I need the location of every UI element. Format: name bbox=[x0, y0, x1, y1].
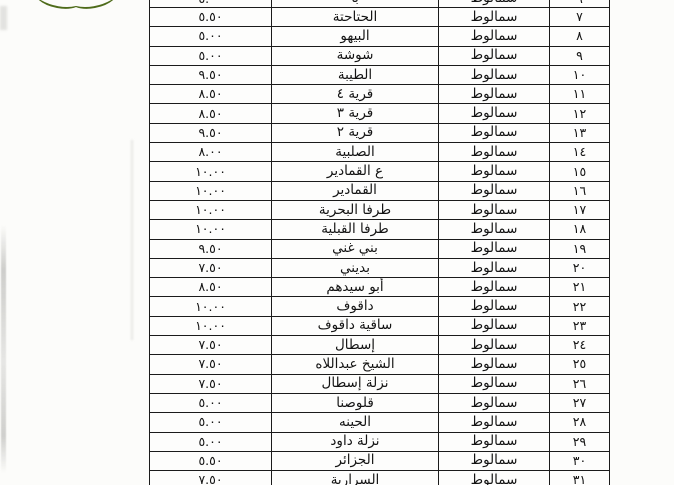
cell-value: ٨.٥٠ bbox=[150, 104, 271, 122]
table-row: ١٤سمالوطالصلبية٨.٠٠ bbox=[150, 143, 609, 162]
cell-name: قرية ٢ bbox=[271, 124, 438, 142]
cell-district: سمالوط bbox=[438, 8, 549, 26]
cell-name: إسطال bbox=[271, 336, 438, 354]
cell-serial: ١٠ bbox=[549, 66, 609, 84]
cell-district: سمالوط bbox=[438, 336, 549, 354]
cell-name: بني غني bbox=[271, 240, 438, 258]
cell-name: طرفا البحرية bbox=[271, 201, 438, 219]
cell-value: ٥.٠٠ bbox=[150, 27, 271, 45]
cell-name: البيهو bbox=[271, 27, 438, 45]
cell-serial: ٩ bbox=[549, 47, 609, 65]
cell-name: ساقية داقوف bbox=[271, 317, 438, 335]
cell-serial: ٢٦ bbox=[549, 375, 609, 393]
cell-district: سمالوط bbox=[438, 452, 549, 470]
cell-value: ١٠.٠٠ bbox=[150, 182, 271, 200]
table-row: ٢٢سمالوطداقوف١٠.٠٠ bbox=[150, 297, 609, 316]
cell-serial: ٣١ bbox=[549, 471, 609, 485]
table-row: ٢٤سمالوطإسطال٧.٥٠ bbox=[150, 336, 609, 355]
cell-value: ١٠.٠٠ bbox=[150, 220, 271, 238]
cell-district: سمالوط bbox=[438, 355, 549, 373]
table-row: ١٦سمالوطالقمادير١٠.٠٠ bbox=[150, 182, 609, 201]
cell-name: با bbox=[271, 0, 438, 7]
table-body: ٦سمالوطبا٥.٠٠٧سمالوطالحتاحتة٥.٥٠٨سمالوطا… bbox=[150, 0, 609, 485]
table-row: ١٣سمالوطقرية ٢٩.٥٠ bbox=[150, 124, 609, 143]
cell-value: ٨.٥٠ bbox=[150, 278, 271, 296]
cell-value: ٥.٠٠ bbox=[150, 413, 271, 431]
cell-serial: ٢٩ bbox=[549, 433, 609, 451]
cell-district: سمالوط bbox=[438, 182, 549, 200]
cell-serial: ١٣ bbox=[549, 124, 609, 142]
table-row: ١٥سمالوطع القمادير١٠.٠٠ bbox=[150, 162, 609, 181]
table-row: ٧سمالوطالحتاحتة٥.٥٠ bbox=[150, 8, 609, 27]
cell-name: شوشة bbox=[271, 47, 438, 65]
cell-value: ٥.٠٠ bbox=[150, 0, 271, 7]
cell-serial: ٦ bbox=[549, 0, 609, 7]
cell-name: الحتاحتة bbox=[271, 8, 438, 26]
cell-value: ٨.٥٠ bbox=[150, 85, 271, 103]
cell-district: سمالوط bbox=[438, 201, 549, 219]
scanned-document-page: ٦سمالوطبا٥.٠٠٧سمالوطالحتاحتة٥.٥٠٨سمالوطا… bbox=[0, 0, 674, 485]
table-row: ١٩سمالوطبني غني٩.٥٠ bbox=[150, 240, 609, 259]
cell-district: سمالوط bbox=[438, 162, 549, 180]
table-row: ١١سمالوطقرية ٤٨.٥٠ bbox=[150, 85, 609, 104]
cell-district: سمالوط bbox=[438, 66, 549, 84]
cell-serial: ١٩ bbox=[549, 240, 609, 258]
cell-name: طرفا القبلية bbox=[271, 220, 438, 238]
table-row: ١٢سمالوطقرية ٣٨.٥٠ bbox=[150, 104, 609, 123]
cell-value: ١٠.٠٠ bbox=[150, 297, 271, 315]
cell-value: ٥.٠٠ bbox=[150, 433, 271, 451]
cell-name: الشيخ عبداللاه bbox=[271, 355, 438, 373]
cell-value: ٩.٥٠ bbox=[150, 66, 271, 84]
table-row: ٢٨سمالوطالحينه٥.٠٠ bbox=[150, 413, 609, 432]
table-row: ٩سمالوطشوشة٥.٠٠ bbox=[150, 47, 609, 66]
cell-serial: ٢٥ bbox=[549, 355, 609, 373]
cell-district: سمالوط bbox=[438, 104, 549, 122]
table-row: ١٨سمالوططرفا القبلية١٠.٠٠ bbox=[150, 220, 609, 239]
cell-value: ٧.٥٠ bbox=[150, 471, 271, 485]
cell-district: سمالوط bbox=[438, 317, 549, 335]
villages-fee-table: ٦سمالوطبا٥.٠٠٧سمالوطالحتاحتة٥.٥٠٨سمالوطا… bbox=[149, 0, 610, 485]
cell-value: ٧.٥٠ bbox=[150, 355, 271, 373]
cell-district: سمالوط bbox=[438, 85, 549, 103]
scan-artifact bbox=[1, 225, 6, 473]
cell-value: ١٠.٠٠ bbox=[150, 162, 271, 180]
cell-value: ٩.٥٠ bbox=[150, 240, 271, 258]
cell-district: سمالوط bbox=[438, 471, 549, 485]
cell-value: ٥.٥٠ bbox=[150, 8, 271, 26]
cell-name: السرارية bbox=[271, 471, 438, 485]
scan-artifact bbox=[0, 6, 7, 30]
cell-serial: ٢٤ bbox=[549, 336, 609, 354]
cell-serial: ٢٠ bbox=[549, 259, 609, 277]
cell-district: سمالوط bbox=[438, 433, 549, 451]
cell-name: الحينه bbox=[271, 413, 438, 431]
cell-name: داقوف bbox=[271, 297, 438, 315]
cell-name: الطيبة bbox=[271, 66, 438, 84]
table-row: ٢٧سمالوطقلوصنا٥.٠٠ bbox=[150, 394, 609, 413]
table-row: ٣١سمالوطالسرارية٧.٥٠ bbox=[150, 471, 609, 485]
table-row: ٨سمالوطالبيهو٥.٠٠ bbox=[150, 27, 609, 46]
table-row: ٦سمالوطبا٥.٠٠ bbox=[150, 0, 609, 8]
table-row: ٢١سمالوطأبو سيدهم٨.٥٠ bbox=[150, 278, 609, 297]
cell-name: قرية ٣ bbox=[271, 104, 438, 122]
cell-value: ١٠.٠٠ bbox=[150, 201, 271, 219]
cell-serial: ٣٠ bbox=[549, 452, 609, 470]
cell-value: ٧.٥٠ bbox=[150, 375, 271, 393]
cell-value: ٩.٥٠ bbox=[150, 124, 271, 142]
cell-serial: ٢١ bbox=[549, 278, 609, 296]
cell-name: القمادير bbox=[271, 182, 438, 200]
cell-serial: ٢٨ bbox=[549, 413, 609, 431]
green-emblem-fragment-icon bbox=[36, 0, 116, 10]
cell-name: أبو سيدهم bbox=[271, 278, 438, 296]
cell-name: بديني bbox=[271, 259, 438, 277]
table-row: ٢٣سمالوطساقية داقوف١٠.٠٠ bbox=[150, 317, 609, 336]
cell-district: سمالوط bbox=[438, 143, 549, 161]
cell-value: ٨.٠٠ bbox=[150, 143, 271, 161]
cell-name: الصلبية bbox=[271, 143, 438, 161]
cell-serial: ١٥ bbox=[549, 162, 609, 180]
cell-name: ع القمادير bbox=[271, 162, 438, 180]
cell-serial: ٢٧ bbox=[549, 394, 609, 412]
cell-serial: ١٦ bbox=[549, 182, 609, 200]
cell-name: قلوصنا bbox=[271, 394, 438, 412]
cell-value: ٥.٠٠ bbox=[150, 394, 271, 412]
cell-serial: ١٨ bbox=[549, 220, 609, 238]
table-row: ٢٥سمالوطالشيخ عبداللاه٧.٥٠ bbox=[150, 355, 609, 374]
cell-name: الجزائر bbox=[271, 452, 438, 470]
cell-district: سمالوط bbox=[438, 394, 549, 412]
cell-serial: ٨ bbox=[549, 27, 609, 45]
cell-serial: ١٧ bbox=[549, 201, 609, 219]
cell-value: ٧.٥٠ bbox=[150, 336, 271, 354]
cell-value: ٥.٠٠ bbox=[150, 47, 271, 65]
cell-serial: ٧ bbox=[549, 8, 609, 26]
table-row: ٢٠سمالوطبديني٧.٥٠ bbox=[150, 259, 609, 278]
cell-name: نزلة إسطال bbox=[271, 375, 438, 393]
cell-district: سمالوط bbox=[438, 0, 549, 7]
cell-district: سمالوط bbox=[438, 47, 549, 65]
cell-district: سمالوط bbox=[438, 27, 549, 45]
cell-serial: ١٢ bbox=[549, 104, 609, 122]
cell-district: سمالوط bbox=[438, 413, 549, 431]
cell-name: قرية ٤ bbox=[271, 85, 438, 103]
table-row: ١٧سمالوططرفا البحرية١٠.٠٠ bbox=[150, 201, 609, 220]
cell-district: سمالوط bbox=[438, 220, 549, 238]
cell-name: نزلة داود bbox=[271, 433, 438, 451]
cell-serial: ٢٣ bbox=[549, 317, 609, 335]
table-row: ٢٦سمالوطنزلة إسطال٧.٥٠ bbox=[150, 375, 609, 394]
table-row: ٣٠سمالوطالجزائر٥.٥٠ bbox=[150, 452, 609, 471]
cell-district: سمالوط bbox=[438, 375, 549, 393]
cell-district: سمالوط bbox=[438, 297, 549, 315]
cell-district: سمالوط bbox=[438, 259, 549, 277]
cell-serial: ١٤ bbox=[549, 143, 609, 161]
cell-district: سمالوط bbox=[438, 278, 549, 296]
scan-artifact bbox=[131, 140, 133, 340]
cell-serial: ٢٢ bbox=[549, 297, 609, 315]
table-row: ١٠سمالوطالطيبة٩.٥٠ bbox=[150, 66, 609, 85]
cell-value: ١٠.٠٠ bbox=[150, 317, 271, 335]
cell-value: ٥.٥٠ bbox=[150, 452, 271, 470]
table-row: ٢٩سمالوطنزلة داود٥.٠٠ bbox=[150, 433, 609, 452]
cell-serial: ١١ bbox=[549, 85, 609, 103]
cell-value: ٧.٥٠ bbox=[150, 259, 271, 277]
cell-district: سمالوط bbox=[438, 124, 549, 142]
cell-district: سمالوط bbox=[438, 240, 549, 258]
